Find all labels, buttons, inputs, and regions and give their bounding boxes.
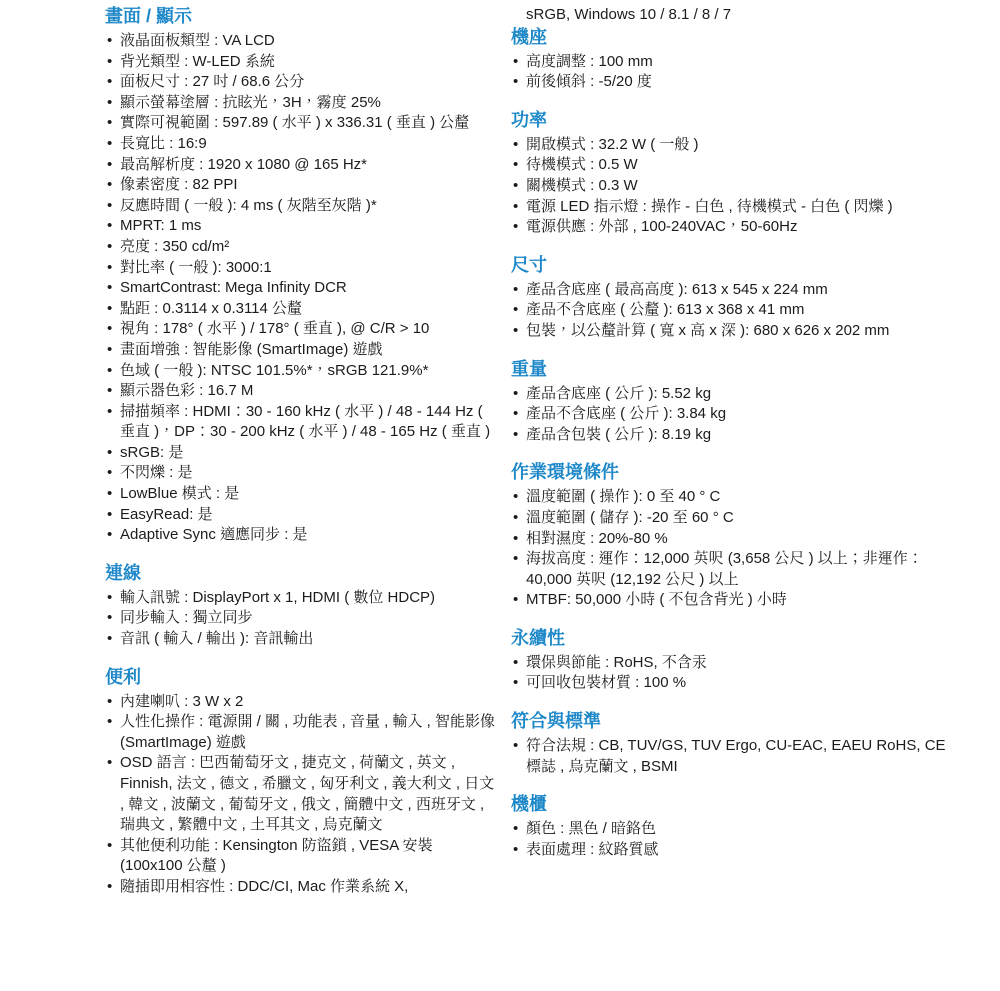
spec-item: 對比率 ( 一般 ): 3000:1 xyxy=(105,258,498,279)
spec-item: 產品含包裝 ( 公斤 ): 8.19 kg xyxy=(511,425,950,446)
spec-item: 視角 : 178° ( 水平 ) / 178° ( 垂直 ), @ C/R > … xyxy=(105,319,498,340)
spec-list: 內建喇叭 : 3 W x 2人性化操作 : 電源開 / 關 , 功能表 , 音量… xyxy=(105,692,498,898)
spec-item: 產品含底座 ( 最高高度 ): 613 x 545 x 224 mm xyxy=(511,280,950,301)
spec-list: 產品含底座 ( 公斤 ): 5.52 kg產品不含底座 ( 公斤 ): 3.84… xyxy=(511,384,950,446)
spec-item: 輸入訊號 : DisplayPort x 1, HDMI ( 數位 HDCP) xyxy=(105,588,498,609)
section-title: 重量 xyxy=(511,358,950,381)
section-title: 連線 xyxy=(105,562,498,585)
spec-item: 溫度範圍 ( 儲存 ): -20 至 60 ° C xyxy=(511,508,950,529)
spec-item: OSD 語言 : 巴西葡萄牙文 , 捷克文 , 荷蘭文 , 英文 , Finni… xyxy=(105,753,498,835)
spec-item: MTBF: 50,000 小時 ( 不包含背光 ) 小時 xyxy=(511,590,950,611)
section-title: 符合與標準 xyxy=(511,710,950,733)
spec-item: 實際可視範圍 : 597.89 ( 水平 ) x 336.31 ( 垂直 ) 公… xyxy=(105,113,498,134)
spec-list: 高度調整 : 100 mm前後傾斜 : -5/20 度 xyxy=(511,52,950,93)
spec-item: 開啟模式 : 32.2 W ( 一般 ) xyxy=(511,135,950,156)
section-title: 尺寸 xyxy=(511,254,950,277)
section-title: 作業環境條件 xyxy=(511,461,950,484)
spec-item: 隨插即用相容性 : DDC/CI, Mac 作業系統 X, xyxy=(105,877,498,898)
spec-item: 相對濕度 : 20%-80 % xyxy=(511,529,950,550)
spec-item: 長寬比 : 16:9 xyxy=(105,134,498,155)
spec-sheet-page: 畫面 / 顯示液晶面板類型 : VA LCD背光類型 : W-LED 系統面板尺… xyxy=(0,0,1000,898)
spec-item: 表面處理 : 紋路質感 xyxy=(511,840,950,861)
section-title: 功率 xyxy=(511,109,950,132)
spec-item: 畫面增強 : 智能影像 (SmartImage) 遊戲 xyxy=(105,340,498,361)
spec-item: 顯示螢幕塗層 : 抗眩光，3H，霧度 25% xyxy=(105,93,498,114)
spec-item: 海拔高度 : 運作：12,000 英呎 (3,658 公尺 ) 以上；非運作：4… xyxy=(511,549,950,590)
section-title: 畫面 / 顯示 xyxy=(105,5,498,28)
spec-item: Adaptive Sync 適應同步 : 是 xyxy=(105,525,498,546)
spec-item: 最高解析度 : 1920 x 1080 @ 165 Hz* xyxy=(105,155,498,176)
spec-item: 產品不含底座 ( 公釐 ): 613 x 368 x 41 mm xyxy=(511,300,950,321)
spec-item: 產品含底座 ( 公斤 ): 5.52 kg xyxy=(511,384,950,405)
spec-item: 內建喇叭 : 3 W x 2 xyxy=(105,692,498,713)
spec-list: 顏色 : 黑色 / 暗鉻色表面處理 : 紋路質感 xyxy=(511,819,950,860)
spec-item: 不閃爍 : 是 xyxy=(105,463,498,484)
spec-item: 包裝，以公釐計算 ( 寬 x 高 x 深 ): 680 x 626 x 202 … xyxy=(511,321,950,342)
spec-item: 人性化操作 : 電源開 / 關 , 功能表 , 音量 , 輸入 , 智能影像 (… xyxy=(105,712,498,753)
spec-item: 音訊 ( 輸入 / 輸出 ): 音訊輸出 xyxy=(105,629,498,650)
spec-item: 溫度範圍 ( 操作 ): 0 至 40 ° C xyxy=(511,487,950,508)
spec-item: 可回收包裝材質 : 100 % xyxy=(511,673,950,694)
section-title: 永續性 xyxy=(511,627,950,650)
spec-item: 關機模式 : 0.3 W xyxy=(511,176,950,197)
spec-list: 產品含底座 ( 最高高度 ): 613 x 545 x 224 mm產品不含底座… xyxy=(511,280,950,342)
spec-item: 反應時間 ( 一般 ): 4 ms ( 灰階至灰階 )* xyxy=(105,196,498,217)
spec-item: 高度調整 : 100 mm xyxy=(511,52,950,73)
spec-item: 其他便利功能 : Kensington 防盜鎖 , VESA 安裝 (100x1… xyxy=(105,836,498,877)
section-title: 機櫃 xyxy=(511,793,950,816)
right-column-sections: 機座高度調整 : 100 mm前後傾斜 : -5/20 度功率開啟模式 : 32… xyxy=(511,26,950,861)
section-title: 便利 xyxy=(105,666,498,689)
spec-item: 點距 : 0.3114 x 0.3114 公釐 xyxy=(105,299,498,320)
spec-item: 待機模式 : 0.5 W xyxy=(511,155,950,176)
spec-item: 電源供應 : 外部 , 100-240VAC，50-60Hz xyxy=(511,217,950,238)
spec-item: 顏色 : 黑色 / 暗鉻色 xyxy=(511,819,950,840)
spec-item: 背光類型 : W-LED 系統 xyxy=(105,52,498,73)
spec-list: 輸入訊號 : DisplayPort x 1, HDMI ( 數位 HDCP)同… xyxy=(105,588,498,650)
spec-list: 符合法規 : CB, TUV/GS, TUV Ergo, CU-EAC, EAE… xyxy=(511,736,950,777)
spec-item: EasyRead: 是 xyxy=(105,505,498,526)
spec-list: 溫度範圍 ( 操作 ): 0 至 40 ° C溫度範圍 ( 儲存 ): -20 … xyxy=(511,487,950,611)
spec-item: 電源 LED 指示燈 : 操作 - 白色 , 待機模式 - 白色 ( 閃爍 ) xyxy=(511,197,950,218)
spec-item: 前後傾斜 : -5/20 度 xyxy=(511,72,950,93)
spec-item: 像素密度 : 82 PPI xyxy=(105,175,498,196)
spec-item: 色域 ( 一般 ): NTSC 101.5%*，sRGB 121.9%* xyxy=(105,361,498,382)
spec-item: 產品不含底座 ( 公斤 ): 3.84 kg xyxy=(511,404,950,425)
spec-item: 符合法規 : CB, TUV/GS, TUV Ergo, CU-EAC, EAE… xyxy=(511,736,950,777)
left-column: 畫面 / 顯示液晶面板類型 : VA LCD背光類型 : W-LED 系統面板尺… xyxy=(105,5,498,898)
spec-item: sRGB: 是 xyxy=(105,443,498,464)
spec-list: 環保與節能 : RoHS, 不含汞可回收包裝材質 : 100 % xyxy=(511,653,950,694)
spec-item: 亮度 : 350 cd/m² xyxy=(105,237,498,258)
spec-item: MPRT: 1 ms xyxy=(105,216,498,237)
spec-item: SmartContrast: Mega Infinity DCR xyxy=(105,278,498,299)
spec-list: 開啟模式 : 32.2 W ( 一般 )待機模式 : 0.5 W關機模式 : 0… xyxy=(511,135,950,238)
section-title: 機座 xyxy=(511,26,950,49)
spec-item: 同步輸入 : 獨立同步 xyxy=(105,608,498,629)
spec-item: LowBlue 模式 : 是 xyxy=(105,484,498,505)
plug-and-play-continuation-line: sRGB, Windows 10 / 8.1 / 8 / 7 xyxy=(511,5,950,26)
spec-item: 環保與節能 : RoHS, 不含汞 xyxy=(511,653,950,674)
spec-item: 液晶面板類型 : VA LCD xyxy=(105,31,498,52)
spec-item: 面板尺寸 : 27 吋 / 68.6 公分 xyxy=(105,72,498,93)
right-column: sRGB, Windows 10 / 8.1 / 8 / 7 機座高度調整 : … xyxy=(511,5,950,898)
spec-item: 掃描頻率 : HDMI：30 - 160 kHz ( 水平 ) / 48 - 1… xyxy=(105,402,498,443)
spec-item: 顯示器色彩 : 16.7 M xyxy=(105,381,498,402)
spec-list: 液晶面板類型 : VA LCD背光類型 : W-LED 系統面板尺寸 : 27 … xyxy=(105,31,498,546)
